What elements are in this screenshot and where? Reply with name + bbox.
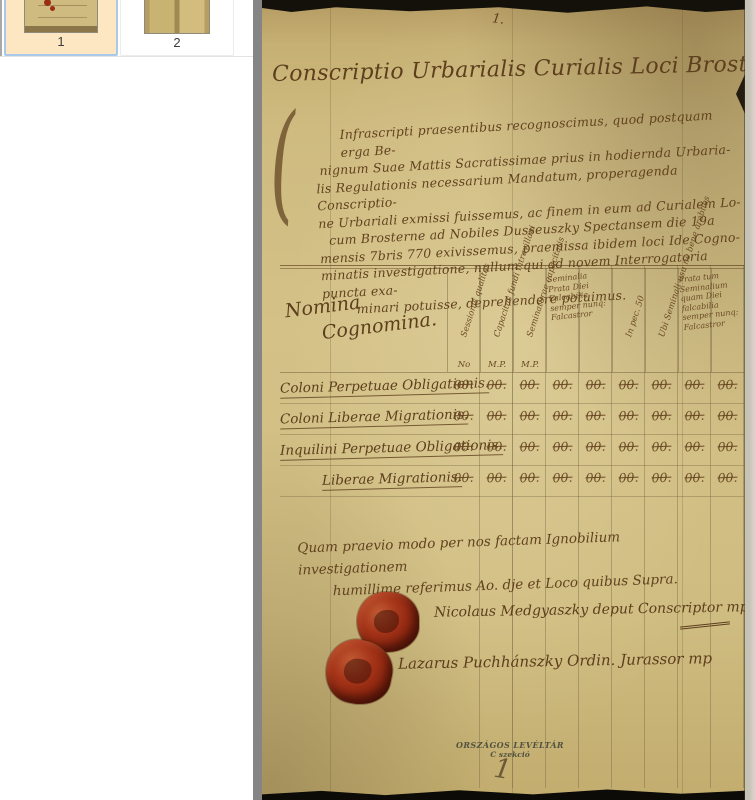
stamp-line-1: ORSZÁGOS LEVÉLTÁR <box>448 740 572 750</box>
column-header: Sessionis qualitas No <box>447 268 480 372</box>
thumbnail-label-2: 2 <box>173 34 180 52</box>
thumbnail-page-1[interactable]: 1 <box>4 0 118 56</box>
table-column-headers: Sessionis qualitas No Capacitas fundi in… <box>447 268 744 372</box>
table-row: Coloni Perpetuae Obligationis. 00. 00. 0… <box>280 372 744 403</box>
column-header: Seminalia Prata Diei Falcabilia semper n… <box>546 268 579 372</box>
page-number-top: 1. <box>491 11 505 28</box>
thumbnail-label-1: 1 <box>57 33 64 51</box>
thumbnail-page-2[interactable]: 2 <box>120 0 234 56</box>
page-edge <box>744 0 755 800</box>
document-viewer-app: 1 2 1. Conscriptio Urbarialis Curialis L… <box>0 0 755 800</box>
thumbnail-image-1 <box>24 0 98 33</box>
column-header: In pec. 50 <box>612 268 645 372</box>
document-title: Conscriptio Urbarialis Curialis Loci Bro… <box>272 52 748 87</box>
column-header: Capacitas fundi intravillani M.P. <box>480 268 513 372</box>
thumbnail-sidebar: 1 2 <box>0 0 253 800</box>
sidebar-separator <box>0 56 253 57</box>
table-row: Liberae Migrationis. 00. 00. 00. 00. 00.… <box>280 465 744 496</box>
page-viewer-canvas[interactable]: 1. Conscriptio Urbarialis Curialis Loci … <box>253 0 755 800</box>
table-row: Inquilini Perpetuae Obligationis. 00. 00… <box>280 434 744 465</box>
table-name-header: Nomina Cognomina. <box>283 278 458 350</box>
column-header: Ubi Seminali usu ne bene arabiles <box>645 268 678 372</box>
window-edge <box>0 0 2 57</box>
scanned-document-page[interactable]: 1. Conscriptio Urbarialis Curialis Loci … <box>262 0 755 800</box>
column-header: Prata tum Seminalium quam Diei falcabili… <box>678 268 711 372</box>
table-row: Coloni Liberae Migrationis. 00. 00. 00. … <box>280 403 744 434</box>
calligraphic-flourish: ( <box>267 98 299 229</box>
column-header: Seminaturae capacitatis M.P. <box>513 268 546 372</box>
thumbnail-image-2 <box>144 0 210 34</box>
thumbnail-row: 1 2 <box>0 0 253 56</box>
table-row-line <box>280 496 744 497</box>
